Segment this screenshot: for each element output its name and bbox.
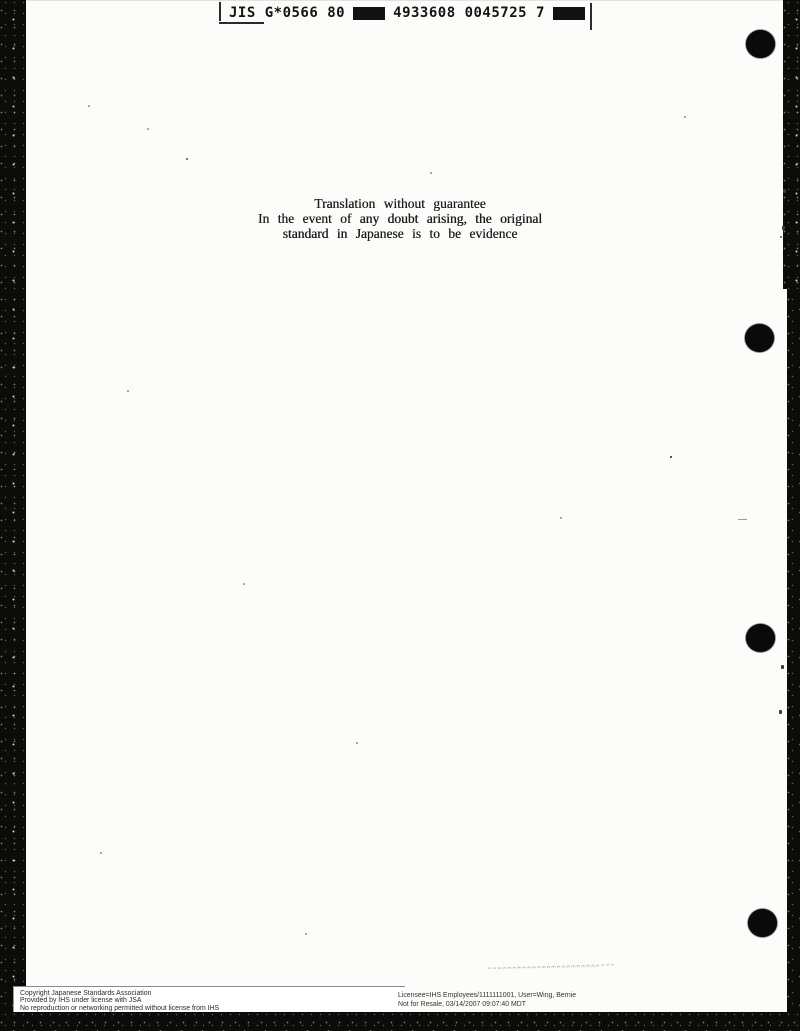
copyright-line-3: No reproduction or networking permitted … (20, 1005, 405, 1013)
disclaimer-line-3: standard in Japanese is to be evidence (0, 226, 800, 241)
scan-speck (782, 226, 785, 230)
header-box-left-rule (219, 2, 221, 21)
disclaimer-line-2: In the event of any doubt arising, the o… (0, 211, 800, 226)
scan-speck (781, 665, 784, 669)
copyright-line-1: Copyright Japanese Standards Association (20, 990, 405, 998)
scan-speck (780, 236, 782, 238)
scan-speck (430, 172, 432, 174)
scan-top-edge-line (26, 0, 783, 1)
scan-speck (186, 158, 188, 160)
header-code-row: JIS G*0566 80 4933608 0045725 7 (229, 4, 585, 22)
scan-speck (356, 742, 358, 744)
pencil-scribble (498, 963, 598, 969)
standard-code: JIS G*0566 80 (229, 5, 345, 21)
binder-hole-icon (746, 624, 775, 652)
document-number: 4933608 0045725 7 (393, 5, 545, 21)
scan-speck (670, 456, 672, 458)
header-box-bottom-rule (219, 22, 264, 24)
license-notice: Licensee=IHS Employees/1111111001, User=… (398, 992, 576, 1009)
license-line-1: Licensee=IHS Employees/1111111001, User=… (398, 992, 576, 1001)
scan-edge-band-bottom (0, 1012, 800, 1031)
translation-disclaimer: Translation without guarantee In the eve… (0, 196, 800, 241)
scan-speck (147, 128, 149, 130)
binder-hole-icon (745, 324, 774, 352)
license-line-2: Not for Resale, 03/14/2007 09:07:40 MDT (398, 1001, 576, 1010)
scan-edge-band-right-top (783, 0, 800, 289)
scan-speck (684, 116, 686, 118)
scan-speck (305, 933, 307, 935)
copyright-notice: Copyright Japanese Standards Association… (13, 986, 405, 1012)
scan-speck (560, 517, 562, 519)
header-box-right-rule (590, 3, 592, 30)
scan-speck (127, 390, 129, 392)
scan-speck (783, 189, 786, 193)
solid-bar-icon (353, 7, 385, 20)
scan-speck (779, 710, 782, 714)
binder-hole-icon (748, 909, 777, 937)
scan-edge-band-left (0, 0, 26, 1031)
scanned-document-page: JIS G*0566 80 4933608 0045725 7 Translat… (0, 0, 800, 1031)
scan-speck (738, 519, 747, 520)
scan-speck (88, 105, 90, 107)
scan-speck (100, 852, 102, 854)
copyright-line-2: Provided by IHS under license with JSA (20, 997, 405, 1005)
disclaimer-line-1: Translation without guarantee (0, 196, 800, 211)
solid-bar-icon (553, 7, 585, 20)
binder-hole-icon (746, 30, 775, 58)
scan-speck (243, 583, 245, 585)
